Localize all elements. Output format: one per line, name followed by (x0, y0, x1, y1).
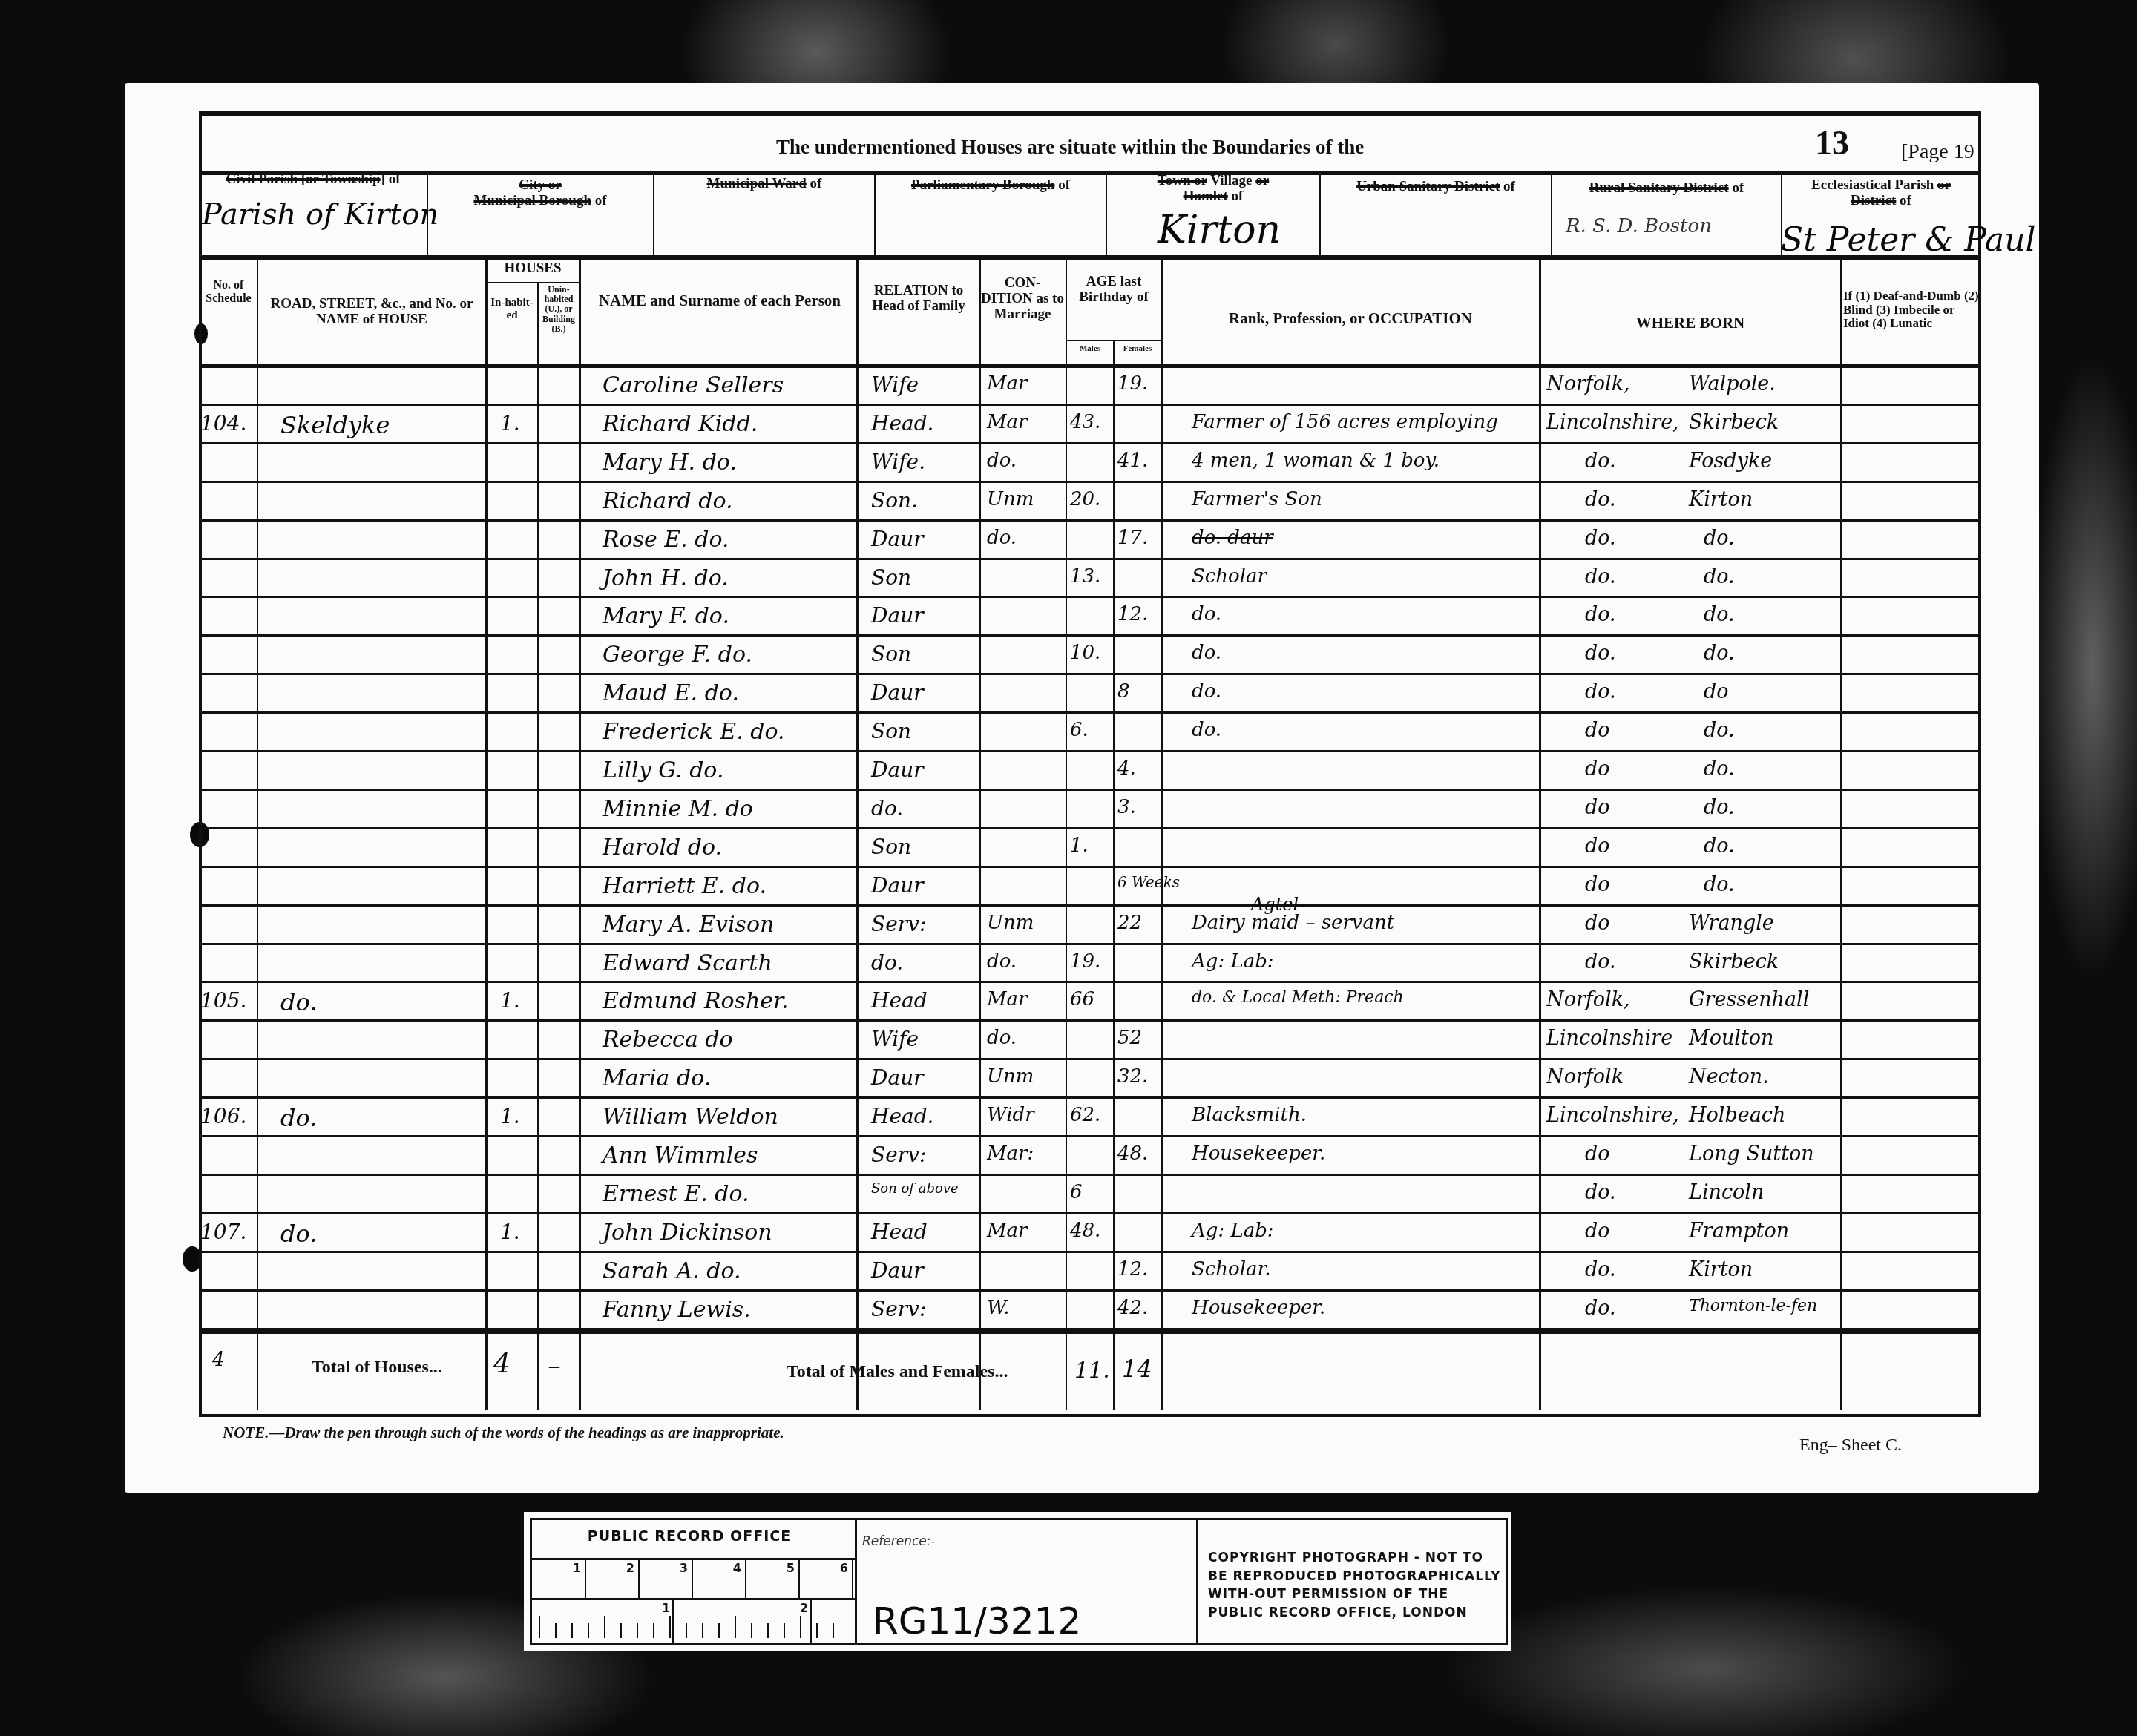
cell-condition: Unm (987, 488, 1034, 510)
cell-born-county: do (1585, 796, 1610, 819)
cell-born-county: Norfolk (1546, 1065, 1624, 1088)
cell-born-place: do. (1704, 873, 1735, 896)
cell-inhabited: 1. (500, 411, 520, 435)
cell-relation: Wife (871, 1027, 919, 1051)
boundary-town-village-value: Kirton (1158, 208, 1281, 252)
cell-born-county: do. (1585, 950, 1616, 973)
scale-label: 1 (662, 1601, 671, 1615)
cell-relation: Serv: (871, 1142, 926, 1167)
cell-relation: Son (871, 642, 911, 666)
cell-name: Caroline Sellers (603, 372, 784, 398)
col-age-group: AGE last Birthday of (1067, 274, 1161, 306)
scale-tick (751, 1623, 752, 1638)
scale-label: 5 (787, 1561, 795, 1575)
cell-born-county: do (1585, 912, 1610, 935)
col-houses-group: HOUSES (487, 261, 579, 277)
cell-born-place: Long Sutton (1689, 1142, 1814, 1165)
cell-inhabited: 1. (500, 988, 520, 1013)
cell-name: Fanny Lewis. (603, 1297, 751, 1323)
scale-cell: 4 (693, 1559, 746, 1598)
scale-cell: 1 (533, 1559, 586, 1598)
total-inhabited: 4 (493, 1349, 511, 1379)
scale-tick (767, 1623, 769, 1638)
cell-male-age: 13. (1070, 565, 1100, 588)
cell-relation: Head (871, 1220, 928, 1244)
pro-stamp: PUBLIC RECORD OFFICE 123456 12 Reference… (524, 1512, 1511, 1651)
cell-road: do. (280, 1220, 317, 1248)
cell-born-place: Necton. (1689, 1065, 1769, 1088)
cell-born-place: Fosdyke (1689, 450, 1772, 473)
scale-label: 6 (840, 1561, 849, 1575)
cell-male-age: 6. (1070, 719, 1089, 741)
col-infirmity: If (1) Deaf-and-Dumb (2) Blind (3) Imbec… (1843, 289, 1980, 331)
cell-name: Edward Scarth (603, 950, 772, 976)
scale-tick (702, 1623, 703, 1638)
cell-born-county: do. (1585, 565, 1616, 588)
scale-tick (588, 1623, 589, 1638)
cell-female-age: 3. (1117, 796, 1136, 818)
cell-born-county: do. (1585, 1258, 1616, 1281)
note-text: NOTE.—Draw the pen through such of the w… (223, 1424, 784, 1441)
scale-tick (604, 1616, 605, 1638)
cell-name: Mary H. do. (603, 450, 737, 476)
cell-name: Richard do. (603, 488, 733, 514)
col-relation: RELATION to Head of Family (859, 283, 978, 315)
cell-female-age: 12. (1117, 1258, 1148, 1280)
cell-occupation: do. daur (1192, 527, 1273, 549)
cell-relation: Daur (871, 603, 924, 628)
cell-born-county: do. (1585, 1181, 1616, 1204)
cell-name: Richard Kidd. (603, 411, 758, 437)
cell-female-age: 19. (1117, 372, 1148, 395)
scale-label: 4 (733, 1561, 742, 1575)
cell-born-place: Skirbeck (1689, 950, 1779, 973)
cell-occupation: Farmer's Son (1192, 488, 1322, 510)
cell-born-place: do. (1704, 603, 1735, 626)
cell-occupation: do. (1192, 719, 1221, 741)
scale-cell: 2 (586, 1559, 640, 1598)
cell-occupation: do. & Local Meth: Preach (1192, 988, 1404, 1007)
cell-schedule: 104. (200, 411, 246, 435)
stamp-reference-label: Reference:- (862, 1534, 936, 1549)
col-road: ROAD, STREET, &c., and No. or NAME of HO… (260, 297, 484, 328)
cell-occupation: Blacksmith. (1192, 1104, 1307, 1126)
cell-occupation: 4 men, 1 woman & 1 boy. (1192, 450, 1440, 472)
cell-female-age: 52 (1117, 1027, 1142, 1049)
cell-born-place: do. (1704, 757, 1735, 780)
total-females: 14 (1122, 1355, 1152, 1383)
cell-born-county: do (1585, 719, 1610, 742)
cell-condition: Widr (987, 1104, 1034, 1126)
scale-tick (669, 1616, 671, 1638)
cell-born-place: Kirton (1689, 1258, 1753, 1281)
col-uninhabited: Unin-habited (U.), or Building (B.) (539, 285, 579, 334)
total-houses-label: Total of Houses... (312, 1358, 442, 1377)
cell-female-age: 12. (1117, 603, 1148, 625)
col-name: NAME and Surname of each Person (586, 292, 853, 309)
cell-name: Sarah A. do. (603, 1258, 741, 1284)
scale-tick (784, 1623, 785, 1638)
cell-name: Maud E. do. (603, 680, 739, 706)
boundary-civil-parish-value: Parish of Kirton (202, 197, 439, 231)
cell-born-county: Lincolnshire, (1546, 1104, 1679, 1127)
col-condition: CON-DITION as to Marriage (981, 276, 1064, 323)
cell-name: Minnie M. do (603, 796, 753, 822)
col-where-born: WHERE BORN (1542, 315, 1839, 332)
cell-born-county: Lincolnshire, (1546, 411, 1679, 434)
cell-male-age: 43. (1070, 411, 1100, 433)
cell-born-county: do. (1585, 680, 1616, 703)
cell-born-place: do. (1704, 642, 1735, 665)
cell-relation: Son (871, 835, 911, 859)
cell-male-age: 19. (1070, 950, 1100, 973)
scale-tick (539, 1616, 540, 1638)
cell-relation: Son (871, 565, 911, 590)
stamp-reference: RG11/3212 (873, 1599, 1081, 1643)
scale-cell: 3 (640, 1559, 693, 1598)
scale-cell: 6 (800, 1559, 853, 1598)
cell-name: Harold do. (603, 835, 722, 861)
scale-tick (653, 1623, 654, 1638)
scale-tick (637, 1623, 638, 1638)
scale-label: 1 (573, 1561, 582, 1575)
cell-born-place: do. (1704, 565, 1735, 588)
col-schedule: No. of Schedule (200, 279, 257, 305)
cell-occupation-annotation: Agtel (1251, 894, 1299, 915)
cell-born-place: Gressenhall (1689, 988, 1809, 1011)
scale-tick (686, 1623, 687, 1638)
cell-relation: Head. (871, 1104, 934, 1128)
cell-female-age: 22 (1117, 912, 1142, 934)
cell-name: Ann Wimmles (603, 1142, 758, 1168)
cell-relation: do. (871, 950, 903, 975)
cell-name: Lilly G. do. (603, 757, 723, 783)
cell-female-age: 17. (1117, 527, 1148, 549)
scale-tick (718, 1623, 720, 1638)
banner-text: The undermentioned Houses are situate wi… (776, 137, 1364, 159)
cell-name: Edmund Rosher. (603, 988, 789, 1014)
boundary-rural-sanitary-value: R. S. D. Boston (1566, 215, 1712, 237)
cell-female-age: 48. (1117, 1142, 1148, 1165)
cell-relation: Son of above (871, 1181, 959, 1197)
cell-born-county: Norfolk, (1546, 372, 1630, 395)
cell-female-age: 4. (1117, 757, 1136, 780)
cell-name: Rebecca do (603, 1027, 733, 1053)
cell-relation: Daur (871, 527, 924, 551)
boundary-urban-sanitary-heading: Urban Sanitary District of (1322, 180, 1549, 195)
cell-born-place: do (1704, 680, 1729, 703)
cell-road: do. (280, 988, 317, 1016)
cell-born-place: Skirbeck (1689, 411, 1779, 434)
cell-relation: Son (871, 719, 911, 743)
cell-schedule: 106. (200, 1104, 246, 1128)
scale-tick (555, 1623, 557, 1638)
cell-occupation: Dairy maid – servant (1192, 912, 1394, 934)
cell-relation: Son. (871, 488, 918, 513)
cell-condition: do. (987, 527, 1017, 549)
cell-male-age: 1. (1070, 835, 1089, 857)
cell-road: Skeldyke (280, 411, 390, 439)
scale-tick (816, 1623, 818, 1638)
page-label: [Page 19 (1901, 141, 1974, 164)
boundary-municipal-ward-heading: Municipal Ward of (656, 177, 873, 192)
scale-tick (800, 1616, 801, 1638)
cell-born-county: do. (1585, 603, 1616, 626)
cell-relation: do. (871, 796, 903, 821)
cell-condition: do. (987, 450, 1017, 472)
stamp-copyright: COPYRIGHT PHOTOGRAPH - NOT TO BE REPRODU… (1208, 1549, 1505, 1622)
cell-condition: Mar: (987, 1142, 1034, 1165)
cell-occupation: Ag: Lab: (1192, 950, 1274, 973)
cell-name: Ernest E. do. (603, 1181, 749, 1207)
total-uninhabited: – (549, 1355, 559, 1378)
cell-born-place: Kirton (1689, 488, 1753, 511)
cell-born-place: Frampton (1689, 1220, 1789, 1243)
cell-female-age: 8 (1117, 680, 1130, 703)
cell-schedule: 107. (200, 1220, 246, 1244)
total-schedules: 4 (212, 1349, 225, 1371)
cell-born-place: do. (1704, 719, 1735, 742)
col-males: Males (1067, 344, 1113, 353)
cell-occupation: Housekeeper. (1192, 1297, 1325, 1319)
cell-relation: Daur (871, 757, 924, 782)
scale-tick (833, 1623, 834, 1638)
cell-relation: Daur (871, 1258, 924, 1283)
stamp-office: PUBLIC RECORD OFFICE (524, 1528, 855, 1545)
scale-label: 3 (680, 1561, 689, 1575)
cell-occupation: Scholar. (1192, 1258, 1270, 1280)
cell-born-county: do (1585, 835, 1610, 858)
cell-occupation: Farmer of 156 acres employing (1192, 411, 1498, 433)
total-persons-label: Total of Males and Females... (787, 1362, 1008, 1381)
boundary-rural-sanitary-heading: Rural Sanitary District of (1554, 181, 1779, 197)
boundary-civil-parish-heading: Civil Parish [or Township] of (202, 172, 424, 188)
cell-condition: W. (987, 1297, 1009, 1319)
cell-condition: Mar (987, 1220, 1028, 1242)
cell-born-county: Lincolnshire (1546, 1027, 1672, 1050)
cell-name: Rose E. do. (603, 527, 729, 553)
cell-relation: Wife. (871, 450, 925, 474)
cell-born-county: Norfolk, (1546, 988, 1630, 1011)
boundary-municipal-borough-heading: City orMunicipal Borough of (430, 178, 650, 209)
scale-label: 2 (800, 1601, 809, 1615)
cell-condition: do. (987, 1027, 1017, 1049)
total-males: 11. (1074, 1358, 1110, 1384)
sheet-label: Eng– Sheet C. (1799, 1436, 1902, 1455)
cell-condition: Mar (987, 988, 1028, 1010)
cell-condition: Mar (987, 411, 1028, 433)
cell-condition: Unm (987, 912, 1034, 934)
cell-name: Maria do. (603, 1065, 711, 1091)
cell-inhabited: 1. (500, 1220, 520, 1244)
cell-born-place: Thornton-le-fen (1689, 1297, 1817, 1315)
cell-relation: Wife (871, 372, 919, 397)
cell-condition: Unm (987, 1065, 1034, 1088)
cell-born-county: do. (1585, 527, 1616, 550)
cell-schedule: 105. (200, 988, 246, 1013)
cell-name: George F. do. (603, 642, 752, 668)
boundary-parliamentary-borough-heading: Parliamentary Borough of (877, 178, 1104, 194)
cell-born-place: do. (1704, 796, 1735, 819)
cell-born-place: Lincoln (1689, 1181, 1764, 1204)
cell-male-age: 20. (1070, 488, 1100, 510)
cell-male-age: 6 (1070, 1181, 1083, 1203)
scale-label: 2 (626, 1561, 635, 1575)
cell-name: Harriett E. do. (603, 873, 767, 899)
cell-born-county: do (1585, 1142, 1610, 1165)
cell-male-age: 66 (1070, 988, 1094, 1010)
cell-born-county: do (1585, 873, 1610, 896)
cell-born-place: Wrangle (1689, 912, 1774, 935)
cell-name: Frederick E. do. (603, 719, 785, 745)
cell-condition: Mar (987, 372, 1028, 395)
col-occupation: Rank, Profession, or OCCUPATION (1163, 310, 1537, 327)
cell-name: Mary A. Evison (603, 912, 774, 938)
cell-born-county: do. (1585, 642, 1616, 665)
cell-female-age: 41. (1117, 450, 1148, 472)
col-females: Females (1115, 344, 1161, 353)
cell-born-place: do. (1704, 527, 1735, 550)
cell-born-county: do. (1585, 488, 1616, 511)
cell-female-age: 6 Weeks (1117, 873, 1180, 891)
col-inhabited: In-habit-ed (487, 297, 537, 321)
folio-number: 13 (1815, 125, 1849, 162)
cell-inhabited: 1. (500, 1104, 520, 1128)
cell-occupation: do. (1192, 642, 1221, 664)
cell-occupation: do. (1192, 680, 1221, 703)
cell-born-county: do (1585, 1220, 1610, 1243)
cell-relation: Daur (871, 873, 924, 898)
cell-occupation: Scholar (1192, 565, 1267, 588)
scale-tick (735, 1616, 736, 1638)
cell-name: John H. do. (603, 565, 729, 591)
cell-occupation: Ag: Lab: (1192, 1220, 1274, 1242)
cell-relation: Head (871, 988, 928, 1013)
scale-tick (571, 1623, 573, 1638)
boundary-ecclesiastical-value: St Peter & Paul (1781, 221, 2036, 259)
cell-occupation: do. (1192, 603, 1221, 625)
cell-male-age: 48. (1070, 1220, 1100, 1242)
cell-name: Mary F. do. (603, 603, 729, 629)
boundary-ecclesiastical-heading: Ecclesiastical Parish orDistrict of (1784, 178, 1978, 209)
cell-female-age: 32. (1117, 1065, 1148, 1088)
cell-relation: Head. (871, 411, 934, 435)
cell-relation: Serv: (871, 1297, 926, 1321)
cell-male-age: 10. (1070, 642, 1100, 664)
cell-born-place: Holbeach (1689, 1104, 1785, 1127)
cell-born-place: Walpole. (1689, 372, 1776, 395)
cell-born-county: do (1585, 757, 1610, 780)
boundary-town-village-heading: Town or Village orHamlet of (1109, 174, 1318, 205)
cell-male-age: 62. (1070, 1104, 1100, 1126)
cell-occupation: Housekeeper. (1192, 1142, 1325, 1165)
cell-road: do. (280, 1104, 317, 1132)
scale-tick (620, 1623, 622, 1638)
cell-female-age: 42. (1117, 1297, 1148, 1319)
cell-condition: do. (987, 950, 1017, 973)
cell-name: William Weldon (603, 1104, 778, 1130)
cell-born-county: do. (1585, 1297, 1616, 1320)
cell-relation: Daur (871, 680, 924, 705)
cell-born-place: do. (1704, 835, 1735, 858)
cell-name: John Dickinson (603, 1220, 772, 1246)
cell-relation: Serv: (871, 912, 926, 936)
cell-born-county: do. (1585, 450, 1616, 473)
cell-relation: Daur (871, 1065, 924, 1090)
cell-born-place: Moulton (1689, 1027, 1773, 1050)
scale-cell: 5 (746, 1559, 800, 1598)
